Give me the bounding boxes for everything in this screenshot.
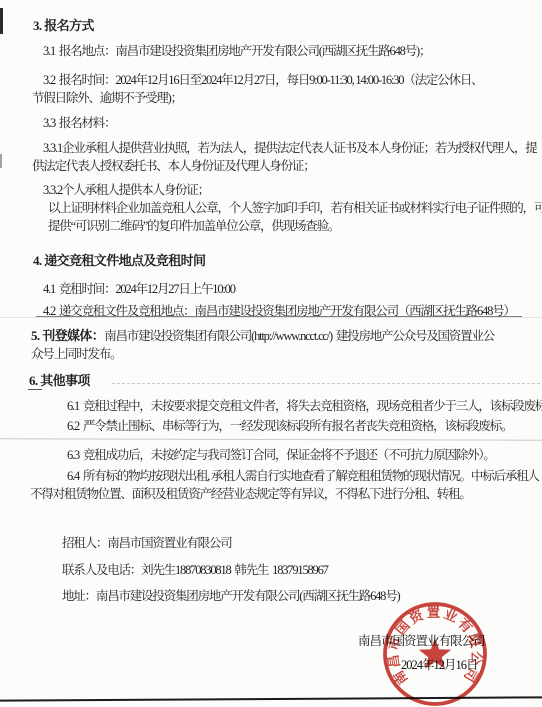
contact-phone: 联系人及电话：刘先生18870830818 韩先生 18379158967 <box>62 561 328 579</box>
paragraph-4-1: 4.1 竞租时间：2024年12月27日上午10:00 <box>32 280 235 298</box>
paragraph-3-1: 3.1 报名地点：南昌市建设投资集团房地产开发有限公司(西湖区抚生路648号)； <box>32 42 430 60</box>
paragraph-6-3: 6.3 竞租成功后，未按约定与我司签订合同，保证金将不予退还（不可抗力原因除外）… <box>30 446 495 464</box>
paragraph-3-2: 3.2 报名时间：2024年12月16日至2024年12月27日，每日9:00-… <box>32 71 482 107</box>
section-4-heading: 4. 递交竞租文件地点及竞租时间 <box>33 252 205 270</box>
contact-address: 地址：南昌市建设投资集团房地产开发有限公司(西湖区抚生路648号) <box>62 587 399 605</box>
scanned-document-page: 3. 报名方式 3.1 报名地点：南昌市建设投资集团房地产开发有限公司(西湖区抚… <box>0 0 542 707</box>
seal-star-icon <box>419 638 451 669</box>
paragraph-5: 5. 刊登媒体：南昌市建设投资集团有限公司(http://www.ncct.cc… <box>31 327 494 363</box>
scan-edge-smudge <box>0 8 3 34</box>
contact-lessor: 招租人：南昌市国资置业有限公司 <box>62 534 232 552</box>
paragraph-6-2: 6.2 严令禁止围标、串标等行为，一经发现该标段所有报名者丧失竞租资格，该标段废… <box>30 417 512 435</box>
paragraph-3-3-1: 3.3.1企业承租人提供营业执照，若为法人，提供法定代表人证书及本人身份证；若为… <box>32 139 537 175</box>
seal-stamp: 南昌市国资置业有限公司 <box>368 593 508 707</box>
paragraph-3-3: 3.3 报名材料： <box>32 114 115 132</box>
section-3-heading: 3. 报名方式 <box>33 17 94 35</box>
section-6-heading: 6. 其他事项 <box>29 372 90 390</box>
paragraph-6-4: 6.4 所有标的物均按现状出租, 承租人需自行实地查看了解竞租租赁物的现状情况。… <box>30 467 539 503</box>
scan-artifact-line <box>112 383 540 384</box>
section-5-heading: 5. 刊登媒体： <box>31 328 104 343</box>
scan-edge-smudge <box>0 154 2 168</box>
paragraph-3-3-2: 3.3.2个人承租人提供本人身份证； <box>32 181 209 199</box>
scan-artifact-line <box>0 438 542 441</box>
paragraph-3-3-note: 以上证明材料企业加盖竞租人公章，个人签字加印手印，若有相关证书或材料实行电子证件… <box>48 199 542 235</box>
paragraph-4-2: 4.2 递交竞租文件及竞租地点：南昌市建设投资集团房地产开发有限公司（西湖区抚生… <box>32 302 515 320</box>
paragraph-6-1: 6.1 竞租过程中，未按要求提交竞租文件者，将失去竞租资格，现场竞租者少于三人，… <box>30 397 542 415</box>
